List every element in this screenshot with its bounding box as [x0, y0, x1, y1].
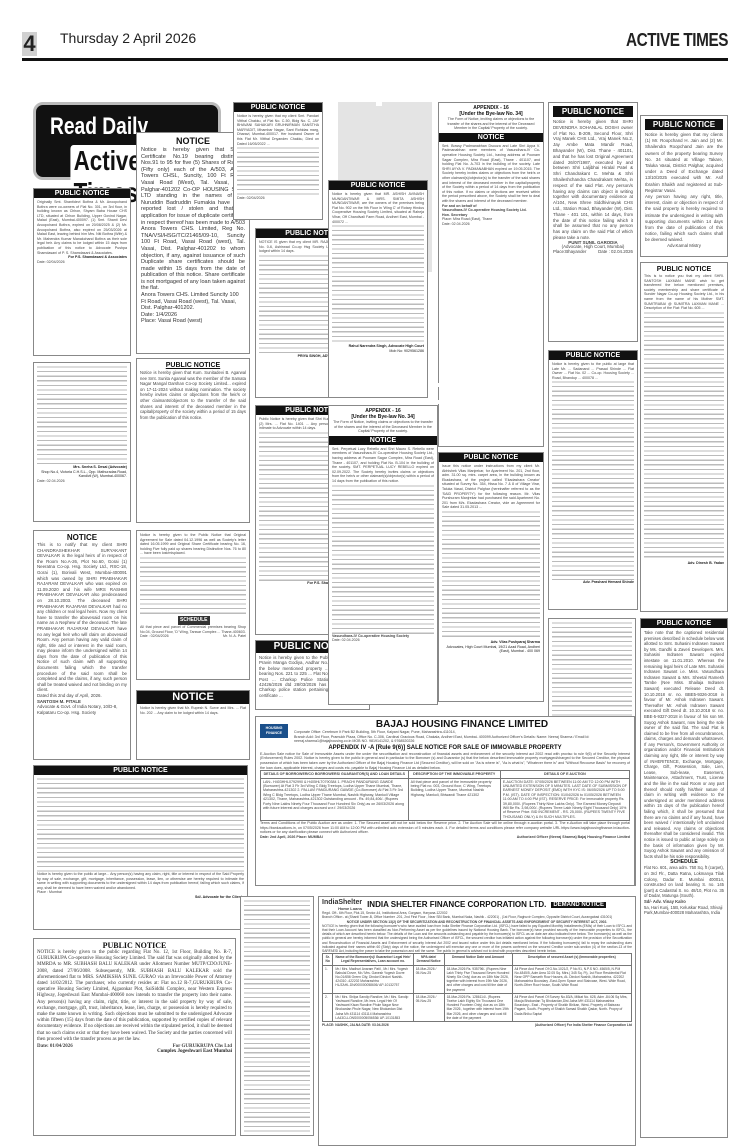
- notice-surve: NOTICE Notice is hereby given that Mr. R…: [136, 690, 250, 760]
- notice-body-2: Any person having any right, title, inte…: [645, 194, 723, 244]
- notice-signature: Adv. Dinesh B. Yadav: [644, 561, 724, 566]
- notice-title: PUBLIC NOTICE: [329, 181, 427, 190]
- bajaj-header-property: DESCRIPTION OF THE IMMOVABLE PROPERTY: [408, 771, 500, 778]
- notice-desai: Mrs. Sneha S. Desai (Advocate) Shop No.4…: [33, 362, 131, 522]
- notice-address: Advocate & Govt. of India Notary, 10/D-8…: [37, 704, 127, 715]
- cell-npa: 18-Mar-2026 / 05-Nov-25: [413, 993, 444, 1021]
- promo-line1: Read Daily: [50, 113, 148, 141]
- notice-body: Notice is hereby given that Mr. Rupesh N…: [140, 706, 246, 715]
- india-shelter-header: IndiaShelter Home Loans INDIA SHELTER FI…: [322, 899, 632, 911]
- bajaj-title: BAJAJ HOUSING FINANCE LIMITED: [294, 719, 630, 730]
- notice-date: Date: 01/04/2026: [37, 1045, 73, 1050]
- notice-body: Notice is hereby given to the public at …: [552, 362, 634, 380]
- table-row: 1. Mr./ Mrs. Madhuri Anaram Patil , Mr./…: [323, 965, 632, 993]
- newspaper-brand: ACTIVE TIMES: [626, 30, 728, 51]
- bajaj-sale-notice: HOUSING FINANCE BAJAJ HOUSING FINANCE LI…: [255, 716, 635, 886]
- notice-title: NOTICE: [329, 436, 437, 445]
- col-sr-no: Sr. No: [323, 954, 333, 965]
- bajaj-footer-officer: Authorized Officer (Neeraj Sharma) Bajaj…: [517, 835, 630, 840]
- bajaj-branch: Branch Add: 3rd Floor, Pramukh Plaza, Of…: [294, 735, 630, 744]
- notice-ashish: PUBLIC NOTICE Notice is hereby given tha…: [328, 180, 428, 398]
- notice-body-lines: [552, 380, 634, 580]
- notice-title: NOTICE: [137, 691, 249, 704]
- schedule-body: All that piece and parcel of Commercial …: [140, 625, 246, 634]
- cell-asset: All Piece And Parcel Of G.No.1021/2, P N…: [512, 965, 631, 993]
- notice-date: Date : 02/04/2026: [140, 634, 169, 639]
- notice-chakku: PUBLIC NOTICE Notice is hereby given tha…: [233, 102, 323, 220]
- col-secured-asset: Description of secured Asset (s) (Immova…: [512, 954, 631, 965]
- bajaj-table: DETAILS OF BORROWER/CO BORROWERS/ GUARAN…: [260, 770, 630, 821]
- india-shelter-footer-officer: (Authorized Officer) For India Shelter F…: [535, 1023, 632, 1027]
- notice-body-lines: [37, 777, 244, 872]
- notice-body: Notice is hereby given to the public at …: [37, 872, 244, 890]
- notice-appendix-padmanabhan: APPENDIX - 16 [Under the Bye-law No. 34]…: [438, 102, 544, 447]
- notice-public-wide: PUBLIC NOTICE Notice is hereby given to …: [33, 765, 248, 930]
- notice-body: Notice is hereby given that SHRI DEVENDR…: [553, 119, 633, 241]
- appendix-intro: The Form of Notice, inviting claims or o…: [332, 420, 434, 434]
- notice-title: PUBLIC NOTICE: [234, 103, 322, 112]
- notice-date: Date: 02/04/2026: [37, 260, 127, 265]
- notice-address: Complex Jogeshwari East Mumbai: [37, 1050, 232, 1055]
- notice-body: Originally Smt. Shantidevi Bothra & Mr. …: [37, 200, 127, 255]
- notice-mobile: Mob No: 9029561286: [332, 349, 424, 354]
- notice-address: Shop No.4, Victoria C.H.S.L., Opp. Mathu…: [37, 470, 127, 479]
- notice-gurukrupa: PUBLIC NOTICE NOTICE is hereby given to …: [33, 938, 236, 1136]
- table-row: 2. Mr./ Mrs. Shilpa Sandip Randive, Mr./…: [323, 993, 632, 1021]
- notice-body-lines: [442, 510, 540, 640]
- notice-appendix-rebello: APPENDIX - 16 [Under the Bye-law No. 34]…: [328, 405, 438, 705]
- bajaj-terms: Terms and Conditions of the Public Aucti…: [260, 821, 630, 835]
- cell-demand: 18-Mar-2026 Rs. 1286114/- (Rupees Twelve…: [444, 993, 512, 1021]
- cell-asset: All Piece And Parcel Of Survey No.83/A, …: [512, 993, 631, 1021]
- notice-mane: PUBLIC NOTICE This is to notice you that…: [640, 262, 728, 612]
- india-shelter-demand-notice: IndiaShelter Home Loans INDIA SHELTER FI…: [318, 896, 636, 1146]
- notice-manjrekar: PUBLIC NOTICE Issue this notice under in…: [438, 452, 544, 702]
- notice-body: Notice is hereby given that my client Sm…: [237, 114, 319, 146]
- notice-signature-society: Vasundhara-IV Co-operative Housing Socie…: [442, 208, 540, 213]
- notice-date: Date : 02.04.2026: [598, 250, 633, 255]
- notice-place: Place:Bhayander: [553, 250, 586, 255]
- notice-date: Date: 02.04.2026: [37, 479, 127, 484]
- notice-title: PUBLIC NOTICE: [549, 351, 637, 360]
- india-shelter-footer-place: PLACE: NASHIK, JALNA DATE: 03.04.2026: [322, 1023, 389, 1027]
- col-demand-notice: Demand Notice Date and Amount: [444, 954, 512, 965]
- notice-footer: Date : 02/04/2026 Mr. N. A. Patel: [140, 634, 246, 639]
- notice-shinde: PUBLIC NOTICE Notice is hereby given to …: [548, 350, 638, 610]
- india-shelter-table: Sr. No Name of the Borrower(s)/ Guaranto…: [322, 953, 632, 1022]
- notice-title: NOTICE: [37, 533, 127, 542]
- notice-body-lines: [332, 224, 424, 344]
- notice-body: Notice is hereby given that Share Certif…: [141, 147, 245, 292]
- india-shelter-branch: Branch Office:- at (Shanti Tower-B, Offi…: [322, 915, 632, 919]
- notice-date: Date: 02.04.2026: [442, 222, 540, 227]
- schedule-label: SCHEDULE: [178, 616, 210, 625]
- india-shelter-logo: IndiaShelter Home Loans: [322, 899, 362, 911]
- notice-jain: PUBLIC NOTICE Notice is hereby given tha…: [640, 115, 728, 257]
- issue-date: Thursday 2 April 2026: [60, 30, 196, 46]
- bajaj-footer-date: Date: 2nd April, 2026 Place: MUMBAI: [260, 835, 323, 840]
- notice-body: NOTICE is hereby given to the public reg…: [37, 950, 232, 1043]
- notice-bothra: PUBLIC NOTICE Originally Smt. Shantidevi…: [33, 188, 131, 356]
- notice-body: Notice is hereby given that my clients (…: [645, 132, 723, 194]
- cell-sr: 2.: [323, 993, 333, 1021]
- notice-body: Issue this notice under instructions fro…: [442, 464, 540, 510]
- notice-patel: Notice is hereby given to the Public Not…: [136, 530, 250, 680]
- masthead-rule: [22, 58, 728, 61]
- bajaj-property-description: All that piece and parcel of the immovab…: [408, 778, 500, 821]
- notice-body: Smt. Bowsy Padmanabhan Dsouza and Late S…: [442, 144, 540, 204]
- notice-title: PUBLIC NOTICE: [140, 361, 246, 370]
- notice-body: Notice is hereby given that MR. ASHISH A…: [332, 192, 424, 224]
- cell-sr: 1.: [323, 965, 333, 993]
- notice-address: Advocates, High Court Mumbai, 19/21 Azad…: [442, 645, 540, 654]
- notice-doshi: PUBLIC NOTICE Notice is hereby given tha…: [548, 102, 638, 342]
- notice-devalkar: NOTICE This is to notify that my client …: [33, 530, 131, 760]
- notice-signature: Adv.Kamal Mistry: [645, 244, 723, 249]
- india-shelter-intro: NOTICE is hereby given that the followin…: [322, 924, 632, 953]
- notice-agarwal: PUBLIC NOTICE Notice is hereby given tha…: [136, 358, 250, 523]
- notice-body-lines: [644, 311, 724, 561]
- notice-footer: Place:Bhayander Date : 02.04.2026: [553, 250, 633, 255]
- india-shelter-title: INDIA SHELTER FINANCE CORPORATION LTD.: [367, 903, 546, 907]
- spacer-6: [376, 400, 476, 404]
- notice-body: Take note that the captioned residential…: [644, 630, 724, 859]
- notice-column-filler: [240, 896, 314, 1136]
- bajaj-header-auction: DETAILS OF E AUCTION: [500, 771, 629, 778]
- cell-borrower: Mr./ Mrs. Madhuri Anaram Patil , Mr./ Mr…: [333, 965, 413, 993]
- cell-borrower: Mr./ Mrs. Shilpa Sandip Randive, Mr./ Mr…: [333, 993, 413, 1021]
- notice-address: 5a, Hari Kunj, 15B, Keluskar Road, Shiva…: [644, 905, 724, 916]
- notice-title: NOTICE: [439, 133, 543, 142]
- notice-sawant: PUBLIC NOTICE Take note that the caption…: [640, 618, 728, 1138]
- cell-npa: 18-Mar-2026 / 05-Nov-25: [413, 965, 444, 993]
- bajaj-auction-details: E-AUCTION DATE: 07/05/2026 BETWEEN 11:00…: [500, 778, 629, 821]
- notice-title: NOTICE: [141, 136, 245, 147]
- bajaj-header-borrower: DETAILS OF BORROWER/CO BORROWERS/ GUARAN…: [261, 771, 409, 778]
- col-borrower: Name of the Borrower(s)/ Guarantor/ Lega…: [333, 954, 413, 965]
- notice-signature: Mr. N. A. Patel: [223, 634, 246, 639]
- notice-title: PUBLIC NOTICE: [37, 941, 232, 950]
- notice-title: PUBLIC NOTICE: [645, 119, 723, 130]
- notice-body: Smt. Perpetual Lucy Rebello and Shri Mau…: [332, 447, 434, 484]
- notice-body-lines: [37, 365, 127, 465]
- bajaj-header: HOUSING FINANCE BAJAJ HOUSING FINANCE LI…: [260, 719, 630, 744]
- notice-body-lines: [140, 556, 246, 616]
- india-shelter-footer: PLACE: NASHIK, JALNA DATE: 03.04.2026 (A…: [322, 1023, 632, 1027]
- masthead: 4 Thursday 2 April 2026 ACTIVE TIMES: [22, 30, 728, 60]
- col-npa-date: NPA date/ Demand Notice: [413, 954, 444, 965]
- demand-notice-badge: DEMAND NOTICE: [551, 902, 606, 908]
- notice-title: PUBLIC NOTICE: [34, 189, 130, 198]
- notice-date: Date: 1/4/2026: [141, 312, 245, 319]
- bajaj-footer: Date: 2nd April, 2026 Place: MUMBAI Auth…: [260, 835, 630, 840]
- notice-title: PUBLIC NOTICE: [553, 106, 633, 117]
- notice-title: PUBLIC NOTICE: [34, 766, 247, 775]
- notice-body: Notice is hereby given that Kum. Sunitad…: [140, 370, 246, 420]
- bajaj-borrower-details: LAN:- H403HHL0792990 & H405HLT0790384 1.…: [261, 778, 409, 821]
- notice-body: Notice is hereby given to the Public Not…: [140, 533, 246, 556]
- notice-title: PUBLIC NOTICE: [439, 453, 543, 462]
- notice-body-lines: [332, 484, 434, 634]
- bajaj-intro: E-Auction Sale notice for Sale of Immova…: [260, 752, 630, 770]
- bajaj-appendix-heading: APPENDIX IV -A [Rule 9(6)] SALE NOTICE F…: [260, 744, 630, 752]
- notice-date: Date: 02/04/2026: [237, 196, 319, 201]
- notice-signature: Adv. Prashant Hemant Shinde: [552, 580, 634, 585]
- notice-body: This is to notify that my client SHRI CH…: [37, 542, 127, 693]
- schedule-body: Flat No. 601, area adm. 750 Sq. ft (carp…: [644, 865, 724, 899]
- cell-demand: 18-Mar-2026 Rs. 935796/- (Rupees Nine La…: [444, 965, 512, 993]
- page-number: 4: [22, 32, 37, 56]
- notice-body-lines: [244, 899, 310, 1133]
- bajaj-logo-icon: HOUSING FINANCE: [260, 724, 288, 738]
- appendix-intro: The Form of Notice, inviting claims or o…: [442, 117, 540, 131]
- notice-body: This is to notice you that my client SHR…: [644, 274, 724, 311]
- notice-title: PUBLIC NOTICE: [644, 265, 724, 274]
- notice-signature: Sd/- Advocate for the Clients: [37, 895, 244, 900]
- spacer-4: [376, 102, 382, 106]
- spacer-5: [433, 383, 439, 387]
- notice-date: Date: 02.04.2026: [332, 638, 434, 643]
- notice-body-lines: [237, 146, 319, 196]
- notice-place: Place: Vasai Road (west): [141, 318, 245, 325]
- notice-title: PUBLIC NOTICE: [641, 619, 727, 628]
- notice-society-address: Anora Towers CHS. Limited Suncity 100 Ft…: [141, 292, 245, 312]
